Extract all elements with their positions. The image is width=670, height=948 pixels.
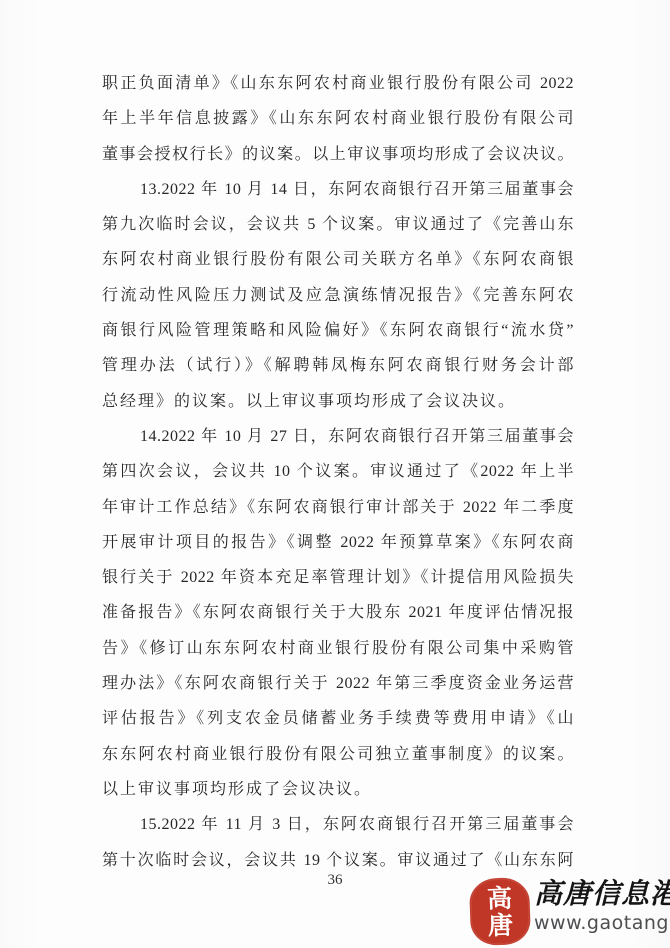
text-line: 开展审计项目的报告》《调整 2022 年预算草案》《东阿农商 xyxy=(102,525,574,560)
text-line: 董事会授权行长》的议案。以上审议事项均形成了会议决议。 xyxy=(102,137,574,172)
site-watermark: 高 唐 高唐信息港 www.gaotang.cc xyxy=(470,876,670,948)
watermark-site-name: 高唐信息港 xyxy=(534,876,670,912)
text-line: 以上审议事项均形成了会议决议。 xyxy=(102,772,574,807)
watermark-url: www.gaotang.cc xyxy=(534,912,670,934)
text-line: 准备报告》《东阿农商银行关于大股东 2021 年度评估情况报 xyxy=(102,595,574,630)
text-line: 15.2022 年 11 月 3 日，东阿农商银行召开第三届董事会 xyxy=(102,807,574,842)
text-line: 东阿农村商业银行股份有限公司关联方名单》《东阿农商银 xyxy=(102,242,574,277)
text-line: 年上半年信息披露》《山东东阿农村商业银行股份有限公司 xyxy=(102,101,574,136)
text-line: 第四次会议，会议共 10 个议案。审议通过了《2022 年上半 xyxy=(102,454,574,489)
text-line: 商银行风险管理策略和风险偏好》《东阿农商银行“流水贷” xyxy=(102,313,574,348)
document-body: 职正负面清单》《山东东阿农村商业银行股份有限公司 2022年上半年信息披露》《山… xyxy=(102,66,574,878)
text-line: 职正负面清单》《山东东阿农村商业银行股份有限公司 2022 xyxy=(102,66,574,101)
text-line: 银行关于 2022 年资本充足率管理计划》《计提信用风险损失 xyxy=(102,560,574,595)
document-page: 职正负面清单》《山东东阿农村商业银行股份有限公司 2022年上半年信息披露》《山… xyxy=(0,0,670,948)
text-line: 管理办法（试行）》《解聘韩凤梅东阿农商银行财务会计部 xyxy=(102,348,574,383)
text-line: 东东阿农村商业银行股份有限公司独立董事制度》的议案。 xyxy=(102,737,574,772)
watermark-text: 高唐信息港 www.gaotang.cc xyxy=(534,876,670,934)
seal-char-bottom: 唐 xyxy=(487,911,513,939)
text-line: 告》《修订山东东阿农村商业银行股份有限公司集中采购管 xyxy=(102,631,574,666)
text-line: 14.2022 年 10 月 27 日，东阿农商银行召开第三届董事会 xyxy=(102,419,574,454)
text-line: 理办法》《东阿农商银行关于 2022 年第三季度资金业务运营 xyxy=(102,666,574,701)
text-line: 13.2022 年 10 月 14 日，东阿农商银行召开第三届董事会 xyxy=(102,172,574,207)
watermark-url-prefix: www.gaotang. xyxy=(534,912,670,934)
seal-char-top: 高 xyxy=(487,884,513,912)
text-line: 第九次临时会议，会议共 5 个议案。审议通过了《完善山东 xyxy=(102,207,574,242)
gaotang-seal-icon: 高 唐 xyxy=(469,877,531,946)
text-line: 评估报告》《列支农金员储蓄业务手续费等费用申请》《山 xyxy=(102,701,574,736)
text-line: 总经理》的议案。以上审议事项均形成了会议决议。 xyxy=(102,384,574,419)
text-line: 行流动性风险压力测试及应急演练情况报告》《完善东阿农 xyxy=(102,278,574,313)
text-line: 年审计工作总结》《东阿农商银行审计部关于 2022 年二季度 xyxy=(102,490,574,525)
